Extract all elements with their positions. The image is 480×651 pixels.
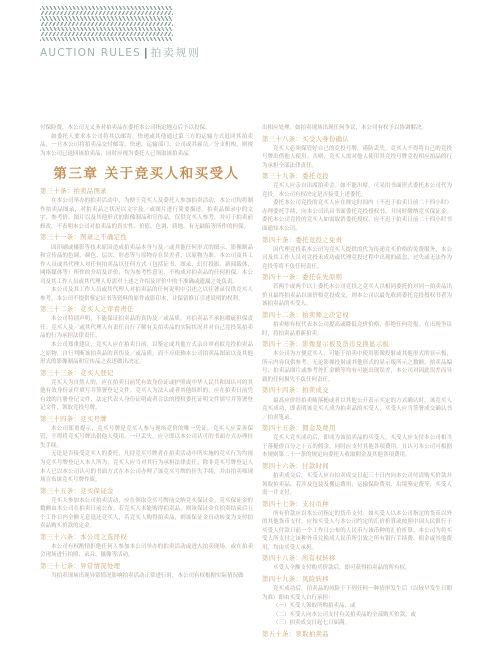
section-heading: 第三十五条：竞买保证金 [40,488,253,496]
right-sections: 第三十八条：买受人身份确认竞买人必须保管好自己的竞投号牌，谨防丢失。竞买人不得将… [262,136,452,639]
paragraph: 本公司特别声明，不能保证拍卖品的真伪及／或品质，对拍卖品不承担瑕疵担保责任。竞买… [40,315,253,341]
pattern-band [40,16,173,20]
section-heading: 第四十一条：委托在先原则 [262,274,452,282]
section-heading: 第三十七条：异常情况处理 [40,563,253,571]
paragraph: 竞买人应亲自出席拍卖会。如不能出席，可采用书面形式委托本公司代为竞投，本公司有权… [262,182,452,199]
pattern-band [40,37,173,41]
brand-separator: | [144,47,148,59]
paragraph: 本公司郑重建议，竞买人应在拍卖日前，以鉴定或其他方式亲自审看拟竞投拍卖品之原物，… [40,341,253,367]
right-column: 出相应处理。如拍卖现场出现任何争议，本公司有权予以协调解决。 第三十八条：买受人… [262,124,452,640]
paragraph: 拍卖师有权代表本公司提高或降低竞价价格、拒绝任何竞报。在出现争议时，将拍卖品重新… [262,321,452,338]
pattern-band [40,32,173,36]
brand-chinese: 拍卖规则 [151,47,201,59]
section-heading: 第三十九条：委托竞投 [262,173,452,181]
pattern-band [40,27,173,31]
paragraph: 买受人全额支付购买价款后，即可获得拍卖品的所有权。 [262,564,452,573]
section-heading: 第三十四条：竞买号牌 [40,416,253,424]
section-heading: 第四十四条：拍卖成交 [262,387,452,395]
section-heading: 第四十六条：付款时间 [262,463,452,471]
left-sections: 第三十条：拍卖品图录在本公司举办的拍卖活动中，为便于竞买人及委托人参加拍卖活动，… [40,188,253,580]
section-heading: 第四十八条：所有权转移 [262,555,452,563]
paragraph: 因代理竞投系本公司为竞买人提供的代为传递竞买价格的免费服务，本公司及其工作人员对… [262,246,452,272]
paragraph: 无论是否接受竞买人的委托，凡持竞买号牌者在拍卖活动中所实施的竞买行为均视为竞买号… [40,450,253,484]
paragraph: 当拍卖现场出现异常情况影响拍卖活动正常进行时，本公司有权根据实际情况做 [40,572,253,581]
brand-line: AUCTION RULES|拍卖规则 [40,45,180,60]
paragraph: 本公司为方便竞买人，可能于拍卖中使用影像投射或其他形式的显示板，所示内容仅供参考… [262,350,452,384]
pattern-band [40,22,173,26]
section-heading: 第四十二条：拍卖师之决定权 [262,312,452,320]
section-heading: 第三十二条：竞买人之审看责任 [40,306,253,314]
paragraph: 竞买人为自然人的，应在拍卖日前凭有效身份证或护照或中华人民共和国认可的其他有效身… [40,379,253,413]
paragraph: 竞买人必须保管好自己的竞投号牌，谨防丢失。竞买人不得将自己的竞投号牌出借他人使用… [262,145,452,171]
section-heading: 第四十五条：佣金及费用 [262,425,452,433]
section-heading: 第三十一条：图录之不确定性 [40,234,253,242]
paragraph: 最高应价经拍卖师落槌或者以其他公开表示买定的方式确认时，该竞买人竞买成功，即表明… [262,397,452,423]
paragraph: 拍卖成交后，买受人应自拍卖成交日起三十日内向本公司付清购买价款并领取拍卖品。若涉… [262,472,452,498]
paragraph: 竞买成功后，拍卖品的风险于下列任何一种情形发生后（以较早发生日期为准）即由买受人… [262,585,452,602]
document-page: AUCTION RULES|拍卖规则 付保险费，本公司无义务对拍卖品在委托本公司… [0,0,480,651]
paragraph: 若两个或两个以上委托本公司竞投之竞买人以相同委托价对同一拍卖品出价且最终拍卖品以… [262,283,452,309]
paragraph: 本公司有权酌情拒绝任何人参加本公司举办的拍卖活动或进入拍卖现场，或在拍卖会现场进… [40,543,253,560]
two-column-body: 付保险费，本公司无义务对拍卖品在委托本公司指定地点后予以投保。如委托人要求本公司… [40,124,452,640]
paragraph: （三）拍卖成交日起七日届满。 [262,619,452,628]
paragraph: 委托本公司竞投的竞买人应在规定时间内（不迟于拍卖日前二十四小时）办理委托手续，向… [262,199,452,233]
paragraph: 竞买人竞买成功后，即成为该拍卖品的买受人。买受人应支付本公司相当于落槌价百分之十… [262,434,452,460]
paragraph: 如委托人要求本公司将其以邮寄、快递或其他通过第三方的运输方式退回其拍卖品，一旦本… [40,133,253,159]
left-continuation: 付保险费，本公司无义务对拍卖品在委托本公司指定地点后予以投保。如委托人要求本公司… [40,124,253,158]
paragraph: 在本公司举办的拍卖活动中，为便于竞买人及委托人参加拍卖活动，本公司均将制作拍卖品… [40,197,253,231]
right-continuation: 出相应处理。如拍卖现场出现任何争议，本公司有权予以协调解决。 [262,124,452,133]
section-heading: 第三十六条：本公司之选择权 [40,534,253,542]
brand-english: AUCTION RULES [40,47,141,59]
section-heading: 第三十三条：竞买人登记 [40,370,253,378]
paragraph: 本公司郑重提示，竞买号牌是竞买人参与现场竞价的唯一凭证。竞买人应妥善保管，不得将… [40,425,253,451]
paragraph: 本公司及其工作人员或其代理人对拍卖品的任何说明中引述之以往著录仅供竞买人参考。本… [40,286,253,303]
continuation-paragraph: 出相应处理。如拍卖现场出现任何争议，本公司有权予以协调解决。 [262,124,452,133]
section-heading: 第四十七条：支付币种 [262,501,452,509]
section-heading: 第五十条：领取拍卖品 [262,631,452,639]
paragraph: 竞买人参加本公司拍卖活动，应在领取竞买号牌前交纳竞买保证金。竞买保证金的数额由本… [40,497,253,531]
paragraph: （二）买受人向本公司支付有关拍卖品的全部购买价款，或 [262,611,452,620]
herringbone-pattern [40,6,173,41]
pattern-band [40,11,173,15]
paragraph: 所有价款应以本公司指定的货币支付。如买受人以本公司指定的货币以外的其他货币支付，… [262,510,452,553]
section-heading: 第三十条：拍卖品图录 [40,188,253,196]
paragraph: （一）买受人领取所购拍卖品，或 [262,602,452,611]
left-column: 付保险费，本公司无义务对拍卖品在委托本公司指定地点后予以投保。如委托人要求本公司… [40,124,253,581]
chapter-title: 第三章 关于竞买人和买受人 [40,166,253,182]
paragraph: 因印刷或摄影等技术原因造成拍卖品本身与及／或其他任何形式的图示、影像制品和宣传品… [40,244,253,287]
section-heading: 第四十条：委托竞投之免责 [262,237,452,245]
section-heading: 第四十九条：风险转移 [262,576,452,584]
section-heading: 第四十三条：影像显示板及货币兑换显示板 [262,341,452,349]
continuation-paragraph: 付保险费，本公司无义务对拍卖品在委托本公司指定地点后予以投保。 [40,124,253,133]
section-heading: 第三十八条：买受人身份确认 [262,136,452,144]
pattern-band [40,6,173,10]
page-header: AUCTION RULES|拍卖规则 [40,6,180,60]
